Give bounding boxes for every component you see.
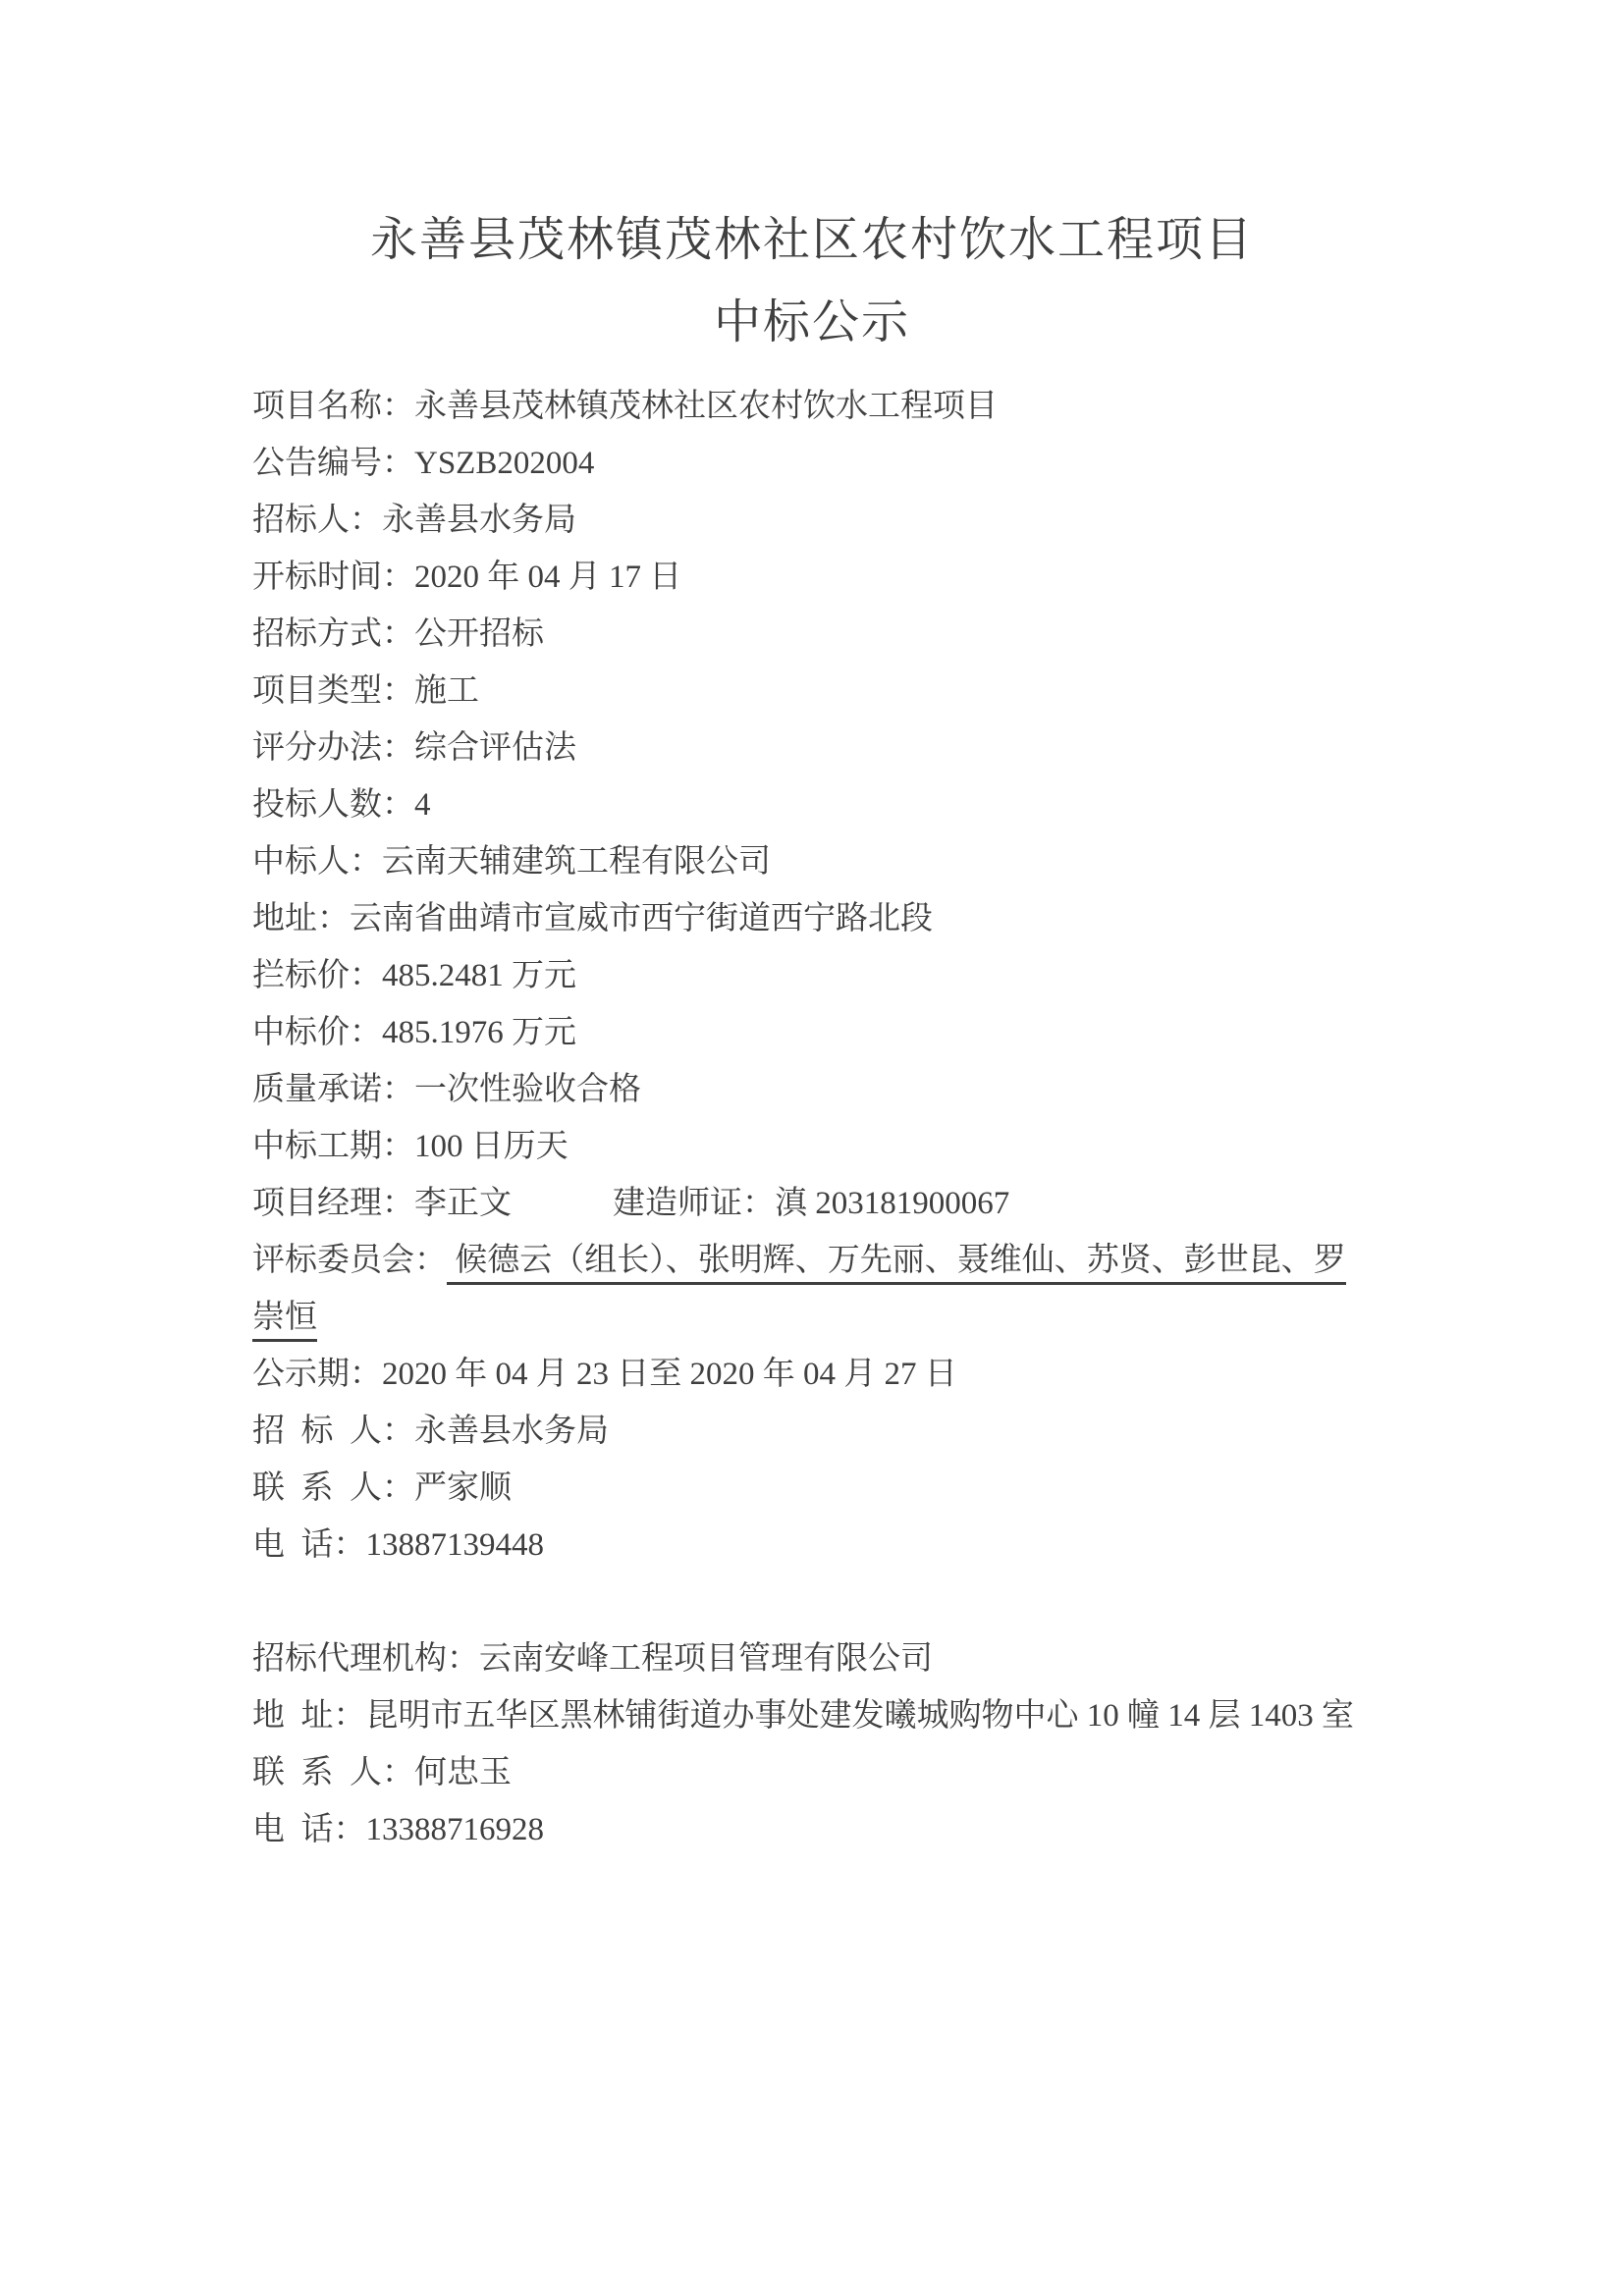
field-phone-1: 电 话：13887139448	[252, 1517, 1372, 1574]
field-agency-address: 地 址：昆明市五华区黑林铺街道办事处建发曦城购物中心 10 幢 14 层 140…	[252, 1687, 1372, 1744]
committee-label: 评标委员会：	[252, 1243, 447, 1278]
field-project-name: 项目名称：永善县茂林镇茂林社区农村饮水工程项目	[252, 378, 1372, 435]
field-tender-method: 招标方式：公开招标	[252, 606, 1372, 663]
field-bid-opening-time: 开标时间：2020 年 04 月 17 日	[252, 549, 1372, 606]
document-body: 项目名称：永善县茂林镇茂林社区农村饮水工程项目 公告编号：YSZB202004 …	[252, 378, 1372, 1858]
field-announcement-no: 公告编号：YSZB202004	[252, 435, 1372, 492]
field-contact-person-2: 联 系 人：何忠玉	[252, 1744, 1372, 1801]
field-winner: 中标人：云南天辅建筑工程有限公司	[252, 833, 1372, 890]
document-title-line1: 永善县茂林镇茂林社区农村饮水工程项目	[252, 199, 1372, 282]
field-scoring-method: 评分办法：综合评估法	[252, 720, 1372, 776]
field-agency: 招标代理机构：云南安峰工程项目管理有限公司	[252, 1630, 1372, 1687]
document-page: 永善县茂林镇茂林社区农村饮水工程项目 中标公示 项目名称：永善县茂林镇茂林社区农…	[0, 0, 1624, 2296]
field-publicity-period: 公示期：2020 年 04 月 23 日至 2020 年 04 月 27 日	[252, 1346, 1372, 1403]
blank-line	[252, 1574, 1372, 1630]
field-winning-duration: 中标工期：100 日历天	[252, 1118, 1372, 1175]
field-quality-commitment: 质量承诺：一次性验收合格	[252, 1061, 1372, 1118]
field-winner-address: 地址：云南省曲靖市宣威市西宁街道西宁路北段	[252, 890, 1372, 947]
field-bidder-count: 投标人数：4	[252, 776, 1372, 833]
field-manager-certificate-row: 项目经理：李正文建造师证：滇 203181900067	[252, 1175, 1372, 1232]
field-contact-person-1: 联 系 人：严家顺	[252, 1460, 1372, 1517]
field-project-manager: 项目经理：李正文	[252, 1186, 512, 1221]
field-phone-2: 电 话：13388716928	[252, 1801, 1372, 1858]
field-builder-certificate: 建造师证：滇 203181900067	[613, 1186, 1009, 1221]
field-project-type: 项目类型：施工	[252, 663, 1372, 720]
field-tenderee: 招标人：永善县水务局	[252, 492, 1372, 549]
field-ceiling-price: 拦标价：485.2481 万元	[252, 947, 1372, 1004]
field-tenderee-repeat: 招 标 人：永善县水务局	[252, 1403, 1372, 1460]
field-evaluation-committee: 评标委员会： 候德云（组长）、张明辉、万先丽、聂维仙、苏贤、彭世昆、罗崇恒	[252, 1232, 1372, 1346]
document-title-line2: 中标公示	[252, 282, 1372, 364]
document-content: 永善县茂林镇茂林社区农村饮水工程项目 中标公示 项目名称：永善县茂林镇茂林社区农…	[252, 199, 1372, 1858]
field-winning-price: 中标价：485.1976 万元	[252, 1004, 1372, 1061]
